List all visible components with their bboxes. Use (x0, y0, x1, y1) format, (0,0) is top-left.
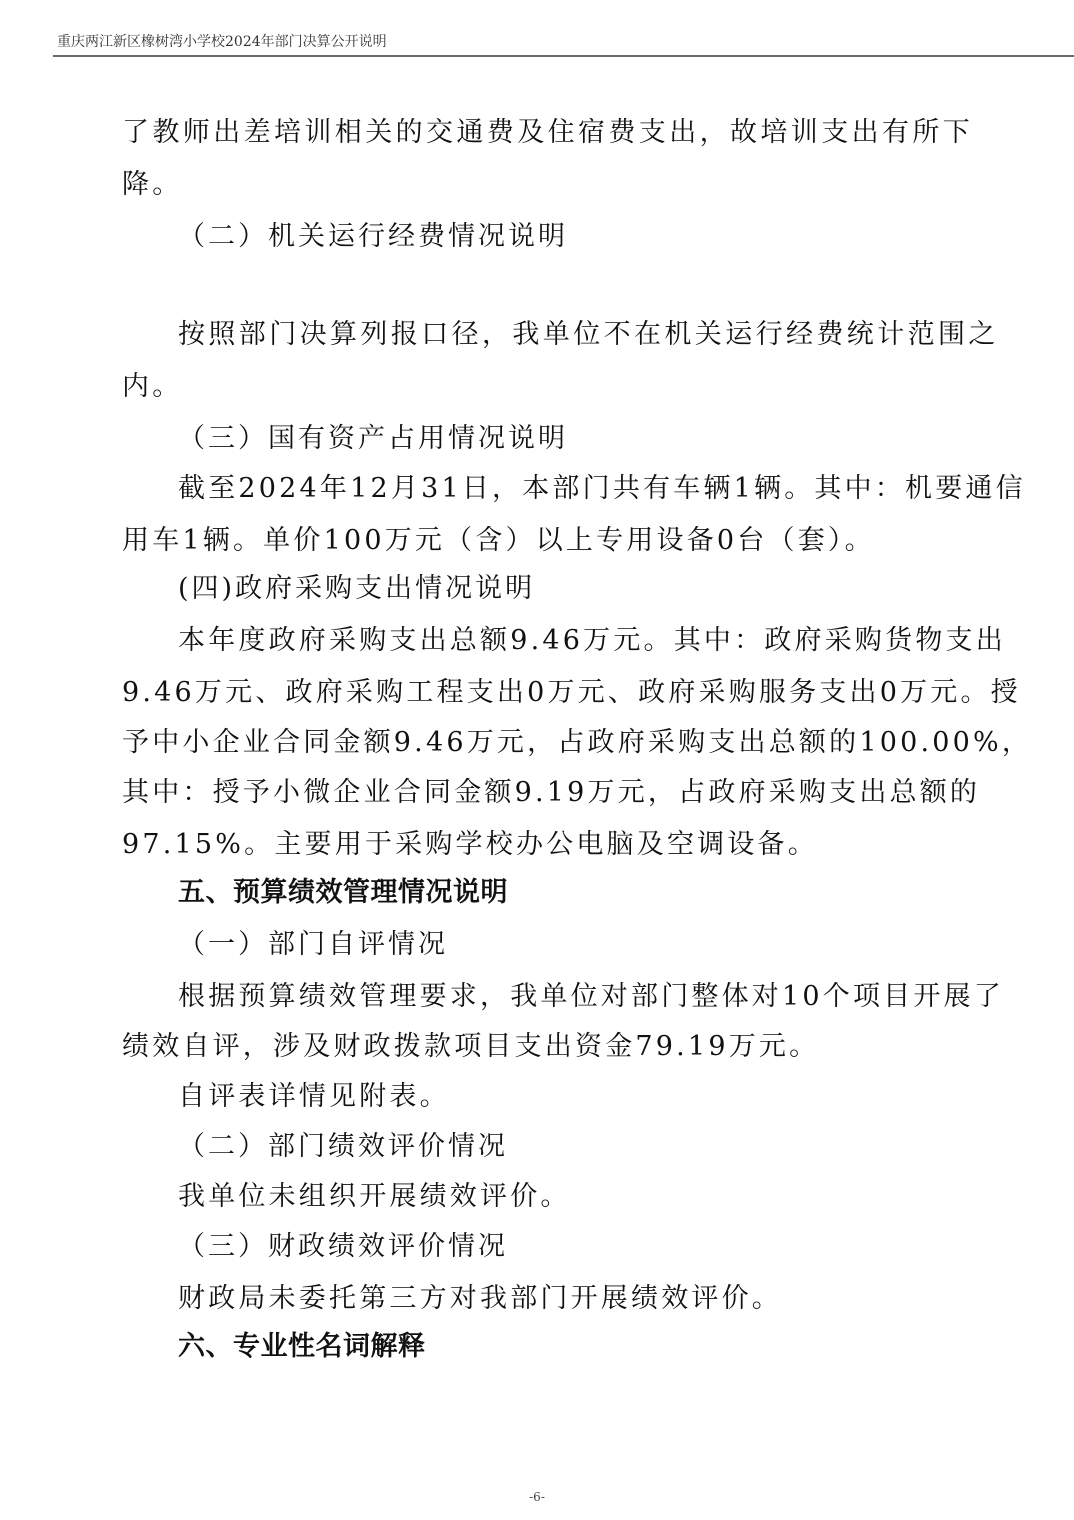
paragraph-line: 根据预算绩效管理要求，我单位对部门整体对10个项目开展了 (178, 980, 1004, 1014)
paragraph-line: 内。 (122, 370, 182, 404)
page-header: 重庆两江新区橡树湾小学校2024年部门决算公开说明 (53, 30, 1074, 57)
page-number: -6- (0, 1490, 1074, 1504)
paragraph-line: 97.15%。主要用于采购学校办公电脑及空调设备。 (122, 828, 818, 862)
section-heading: 六、专业性名词解释 (178, 1330, 426, 1364)
paragraph-line: 本年度政府采购支出总额9.46万元。其中：政府采购货物支出 (178, 624, 1006, 658)
paragraph-line: 截至2024年12月31日，本部门共有车辆1辆。其中：机要通信 (178, 472, 1026, 506)
section-subheading: （二）部门绩效评价情况 (178, 1130, 508, 1164)
paragraph-line: 绩效自评，涉及财政拨款项目支出资金79.19万元。 (122, 1030, 819, 1064)
section-subheading: （三）财政绩效评价情况 (178, 1230, 508, 1264)
paragraph-line: 其中：授予小微企业合同金额9.19万元，占政府采购支出总额的 (122, 776, 980, 810)
paragraph-line: 用车1辆。单价100万元（含）以上专用设备0台（套）。 (122, 524, 875, 558)
section-subheading: (四)政府采购支出情况说明 (178, 572, 535, 606)
paragraph-line: 9.46万元、政府采购工程支出0万元、政府采购服务支出0万元。授 (122, 676, 1021, 710)
section-heading: 五、预算绩效管理情况说明 (178, 876, 508, 910)
document-title: 重庆两江新区橡树湾小学校2024年部门决算公开说明 (57, 34, 387, 50)
paragraph-line: 自评表详情见附表。 (178, 1080, 450, 1114)
paragraph-line: 予中小企业合同金额9.46万元，占政府采购支出总额的100.00%， (122, 726, 1032, 760)
section-subheading: （二）机关运行经费情况说明 (178, 220, 568, 254)
section-subheading: （三）国有资产占用情况说明 (178, 422, 568, 456)
paragraph-line: 降。 (122, 168, 182, 202)
paragraph-line: 按照部门决算列报口径，我单位不在机关运行经费统计范围之 (178, 318, 999, 352)
paragraph-line: 财政局未委托第三方对我部门开展绩效评价。 (178, 1282, 782, 1316)
paragraph-line: 了教师出差培训相关的交通费及住宿费支出，故培训支出有所下 (122, 116, 973, 150)
paragraph-line: 我单位未组织开展绩效评价。 (178, 1180, 571, 1214)
section-subheading: （一）部门自评情况 (178, 928, 448, 962)
